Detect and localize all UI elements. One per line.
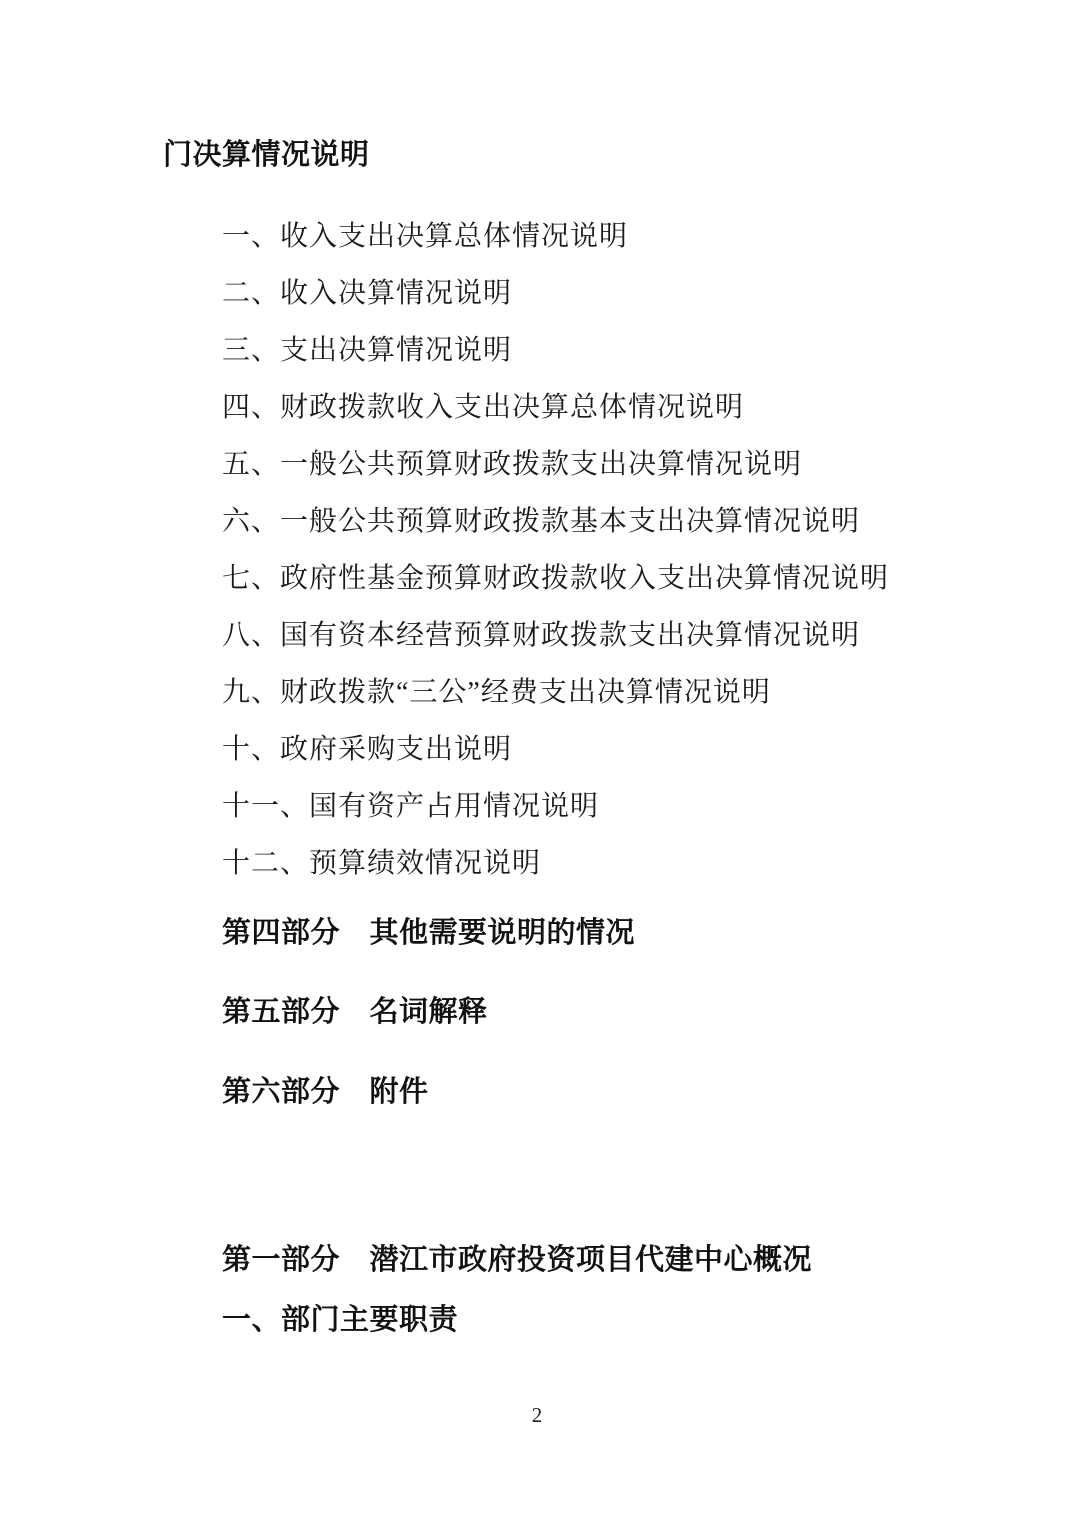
- toc-item: 十二、预算绩效情况说明: [222, 835, 889, 892]
- toc-item: 一、收入支出决算总体情况说明: [222, 208, 889, 265]
- toc-item: 十、政府采购支出说明: [222, 721, 889, 778]
- toc-item: 七、政府性基金预算财政拨款收入支出决算情况说明: [222, 550, 889, 607]
- toc-item: 二、收入决算情况说明: [222, 265, 889, 322]
- section-heading-part6: 第六部分 附件: [222, 1072, 429, 1112]
- toc-item: 十一、国有资产占用情况说明: [222, 778, 889, 835]
- table-of-contents: 一、收入支出决算总体情况说明 二、收入决算情况说明 三、支出决算情况说明 四、财…: [222, 208, 889, 892]
- toc-item: 八、国有资本经营预算财政拨款支出决算情况说明: [222, 607, 889, 664]
- section-heading-part5: 第五部分 名词解释: [222, 992, 488, 1032]
- toc-item: 六、一般公共预算财政拨款基本支出决算情况说明: [222, 493, 889, 550]
- subsection-heading-main-duties: 一、部门主要职责: [222, 1300, 458, 1340]
- toc-item: 三、支出决算情况说明: [222, 322, 889, 379]
- section-heading-part1: 第一部分 潜江市政府投资项目代建中心概况: [222, 1240, 812, 1280]
- section-heading-part4: 第四部分 其他需要说明的情况: [222, 913, 635, 953]
- page-number: 2: [0, 1400, 1074, 1430]
- toc-item: 九、财政拨款“三公”经费支出决算情况说明: [222, 664, 889, 721]
- document-page: 门决算情况说明 一、收入支出决算总体情况说明 二、收入决算情况说明 三、支出决算…: [0, 0, 1074, 1520]
- partial-title-continuation: 门决算情况说明: [163, 135, 370, 175]
- toc-item: 五、一般公共预算财政拨款支出决算情况说明: [222, 436, 889, 493]
- toc-item: 四、财政拨款收入支出决算总体情况说明: [222, 379, 889, 436]
